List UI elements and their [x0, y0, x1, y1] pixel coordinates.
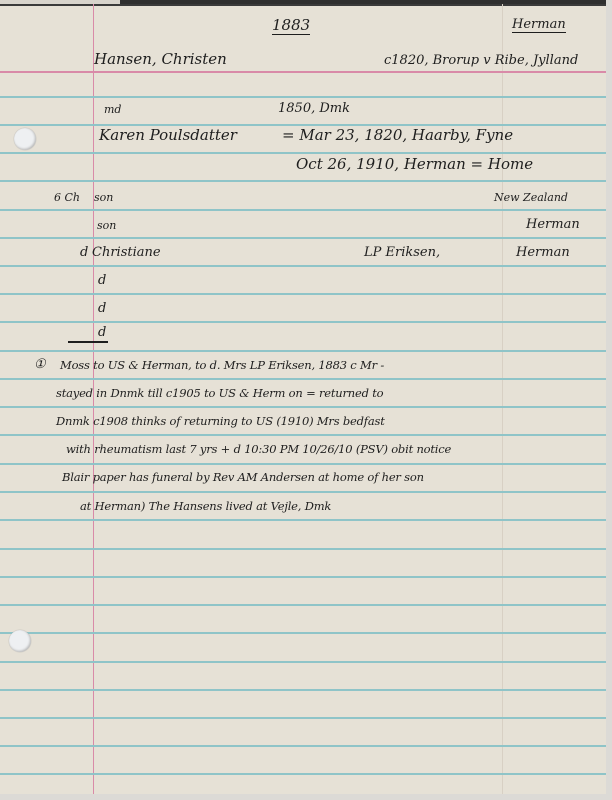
married-label: md [104, 104, 121, 115]
child-place: Herman [516, 246, 570, 259]
binder-hole-bottom [9, 630, 31, 652]
ruled-line [0, 519, 606, 521]
subject-birth: c1820, Brorup v Ribe, Jylland [384, 54, 578, 67]
child-relation: son [94, 192, 113, 203]
child-name: Christiane [92, 246, 161, 259]
spouse-death: Oct 26, 1910, Herman = Home [296, 157, 533, 172]
note-line: Dnmk c1908 thinks of returning to US (19… [56, 416, 385, 428]
scan-right-edge [606, 0, 612, 800]
scan-bottom-edge [0, 794, 612, 800]
subject-name: Hansen, Christen [94, 52, 227, 67]
ruled-line [0, 604, 606, 606]
child-relation: d [98, 274, 106, 287]
child-spouse: LP Eriksen, [364, 246, 440, 259]
spouse-name: Karen Poulsdatter [99, 128, 237, 143]
year-heading: 1883 [272, 18, 310, 35]
ruled-line [0, 209, 606, 211]
child-relation: d [98, 302, 106, 315]
child-relation: son [97, 220, 116, 231]
binder-hole-top [14, 128, 36, 150]
ruled-line [0, 265, 606, 267]
ruled-line [0, 434, 606, 436]
ruled-line [0, 378, 606, 380]
ruled-line [0, 773, 606, 775]
header-rule [0, 71, 606, 73]
ruled-line [0, 717, 606, 719]
ruled-line [0, 745, 606, 747]
spouse-birth: = Mar 23, 1820, Haarby, Fyne [282, 128, 513, 143]
child-relation: d [80, 246, 88, 259]
ruled-line [0, 96, 606, 98]
ruled-line [0, 548, 606, 550]
ruled-line [0, 321, 606, 323]
ruled-line [0, 406, 606, 408]
ruled-line [0, 180, 606, 182]
note-line: stayed in Dnmk till c1905 to US & Herm o… [56, 388, 383, 400]
ruled-line [0, 350, 606, 352]
note-line: with rheumatism last 7 yrs + d 10:30 PM … [66, 444, 451, 456]
ruled-line [0, 463, 606, 465]
ruled-line [0, 293, 606, 295]
note-line: at Herman) The Hansens lived at Vejle, D… [80, 501, 331, 513]
note-line: Blair paper has funeral by Rev AM Anders… [62, 472, 424, 484]
ruled-line [0, 576, 606, 578]
faint-fold-line [502, 4, 503, 796]
children-count: 6 Ch [54, 192, 80, 203]
child-relation: d [98, 326, 106, 339]
children-end-underline [68, 341, 108, 343]
note-line: Moss to US & Herman, to d. Mrs LP Erikse… [60, 360, 384, 372]
note-marker: ① [34, 358, 46, 371]
ruled-line [0, 632, 606, 634]
ruled-line [0, 237, 606, 239]
margin-line [93, 4, 94, 796]
child-place: Herman [526, 218, 580, 231]
ruled-line [0, 491, 606, 493]
marriage-date: 1850, Dmk [278, 102, 350, 115]
place-tag: Herman [512, 18, 566, 33]
child-place: New Zealand [494, 192, 568, 203]
ruled-line [0, 661, 606, 663]
ruled-line [0, 689, 606, 691]
ruled-line [0, 152, 606, 154]
notebook-page: 1883 Herman Hansen, Christen c1820, Bror… [0, 4, 606, 796]
